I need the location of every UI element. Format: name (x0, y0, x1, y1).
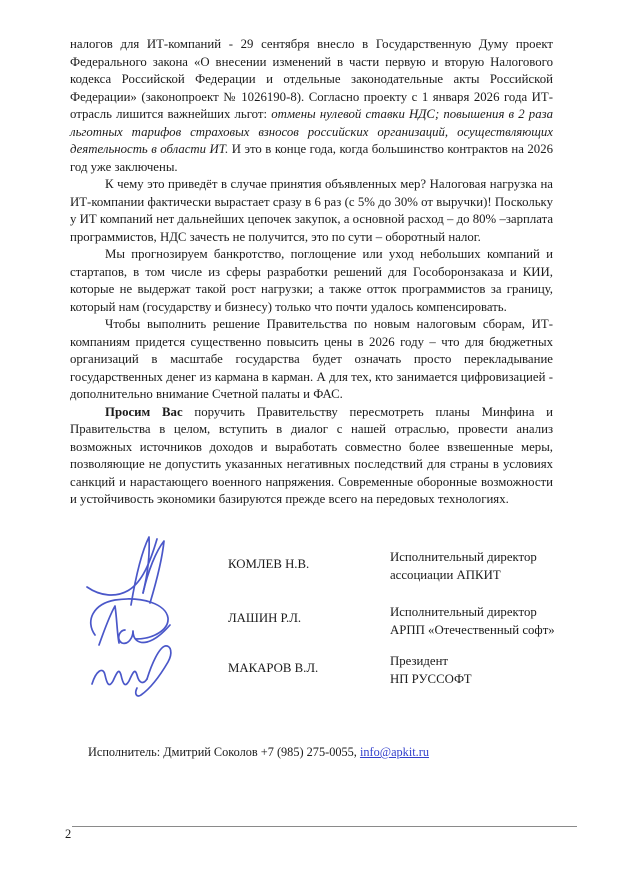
executor-line: Исполнитель: Дмитрий Соколов +7 (985) 27… (88, 745, 429, 760)
signatory-name: ЛАШИН Р.Л. (228, 611, 301, 626)
text-segment: Мы прогнозируем банкротство, поглощение … (70, 247, 553, 314)
signatory-title-line: Президент (390, 652, 472, 670)
letter-body: налогов для ИТ-компаний - 29 сентября вн… (70, 36, 553, 509)
text-segment: Чтобы выполнить решение Правительства по… (70, 317, 553, 401)
signatory-title-line: ассоциации АПКИТ (390, 566, 537, 584)
paragraph: Мы прогнозируем банкротство, поглощение … (70, 246, 553, 316)
signatory-title-line: АРПП «Отечественный софт» (390, 621, 555, 639)
page-number: 2 (65, 827, 71, 842)
document-page: налогов для ИТ-компаний - 29 сентября вн… (0, 0, 620, 877)
signature-block: КОМЛЕВ Н.В.Исполнительный директорассоци… (0, 533, 620, 723)
signatory-title: Исполнительный директорассоциации АПКИТ (390, 548, 537, 584)
paragraph: Просим Вас поручить Правительству пересм… (70, 404, 553, 509)
signatory-title-line: Исполнительный директор (390, 548, 537, 566)
signatory-name: КОМЛЕВ Н.В. (228, 557, 309, 572)
handwritten-signature (88, 643, 180, 701)
signatory-title-line: Исполнительный директор (390, 603, 555, 621)
paragraph: К чему это приведёт в случае принятия об… (70, 176, 553, 246)
signatory-title: ПрезидентНП РУССОФТ (390, 652, 472, 688)
text-segment: К чему это приведёт в случае принятия об… (70, 177, 553, 244)
text-segment: поручить Правительству пересмотреть план… (70, 405, 553, 507)
paragraph: налогов для ИТ-компаний - 29 сентября вн… (70, 36, 553, 176)
email-link[interactable]: info@apkit.ru (360, 745, 429, 759)
signatory-title-line: НП РУССОФТ (390, 670, 472, 688)
text-segment: Просим Вас (105, 405, 183, 419)
paragraph: Чтобы выполнить решение Правительства по… (70, 316, 553, 404)
signatory-title: Исполнительный директорАРПП «Отечественн… (390, 603, 555, 639)
footer-rule (72, 826, 577, 827)
signatory-name: МАКАРОВ В.Л. (228, 661, 318, 676)
executor-text: Исполнитель: Дмитрий Соколов +7 (985) 27… (88, 745, 360, 759)
